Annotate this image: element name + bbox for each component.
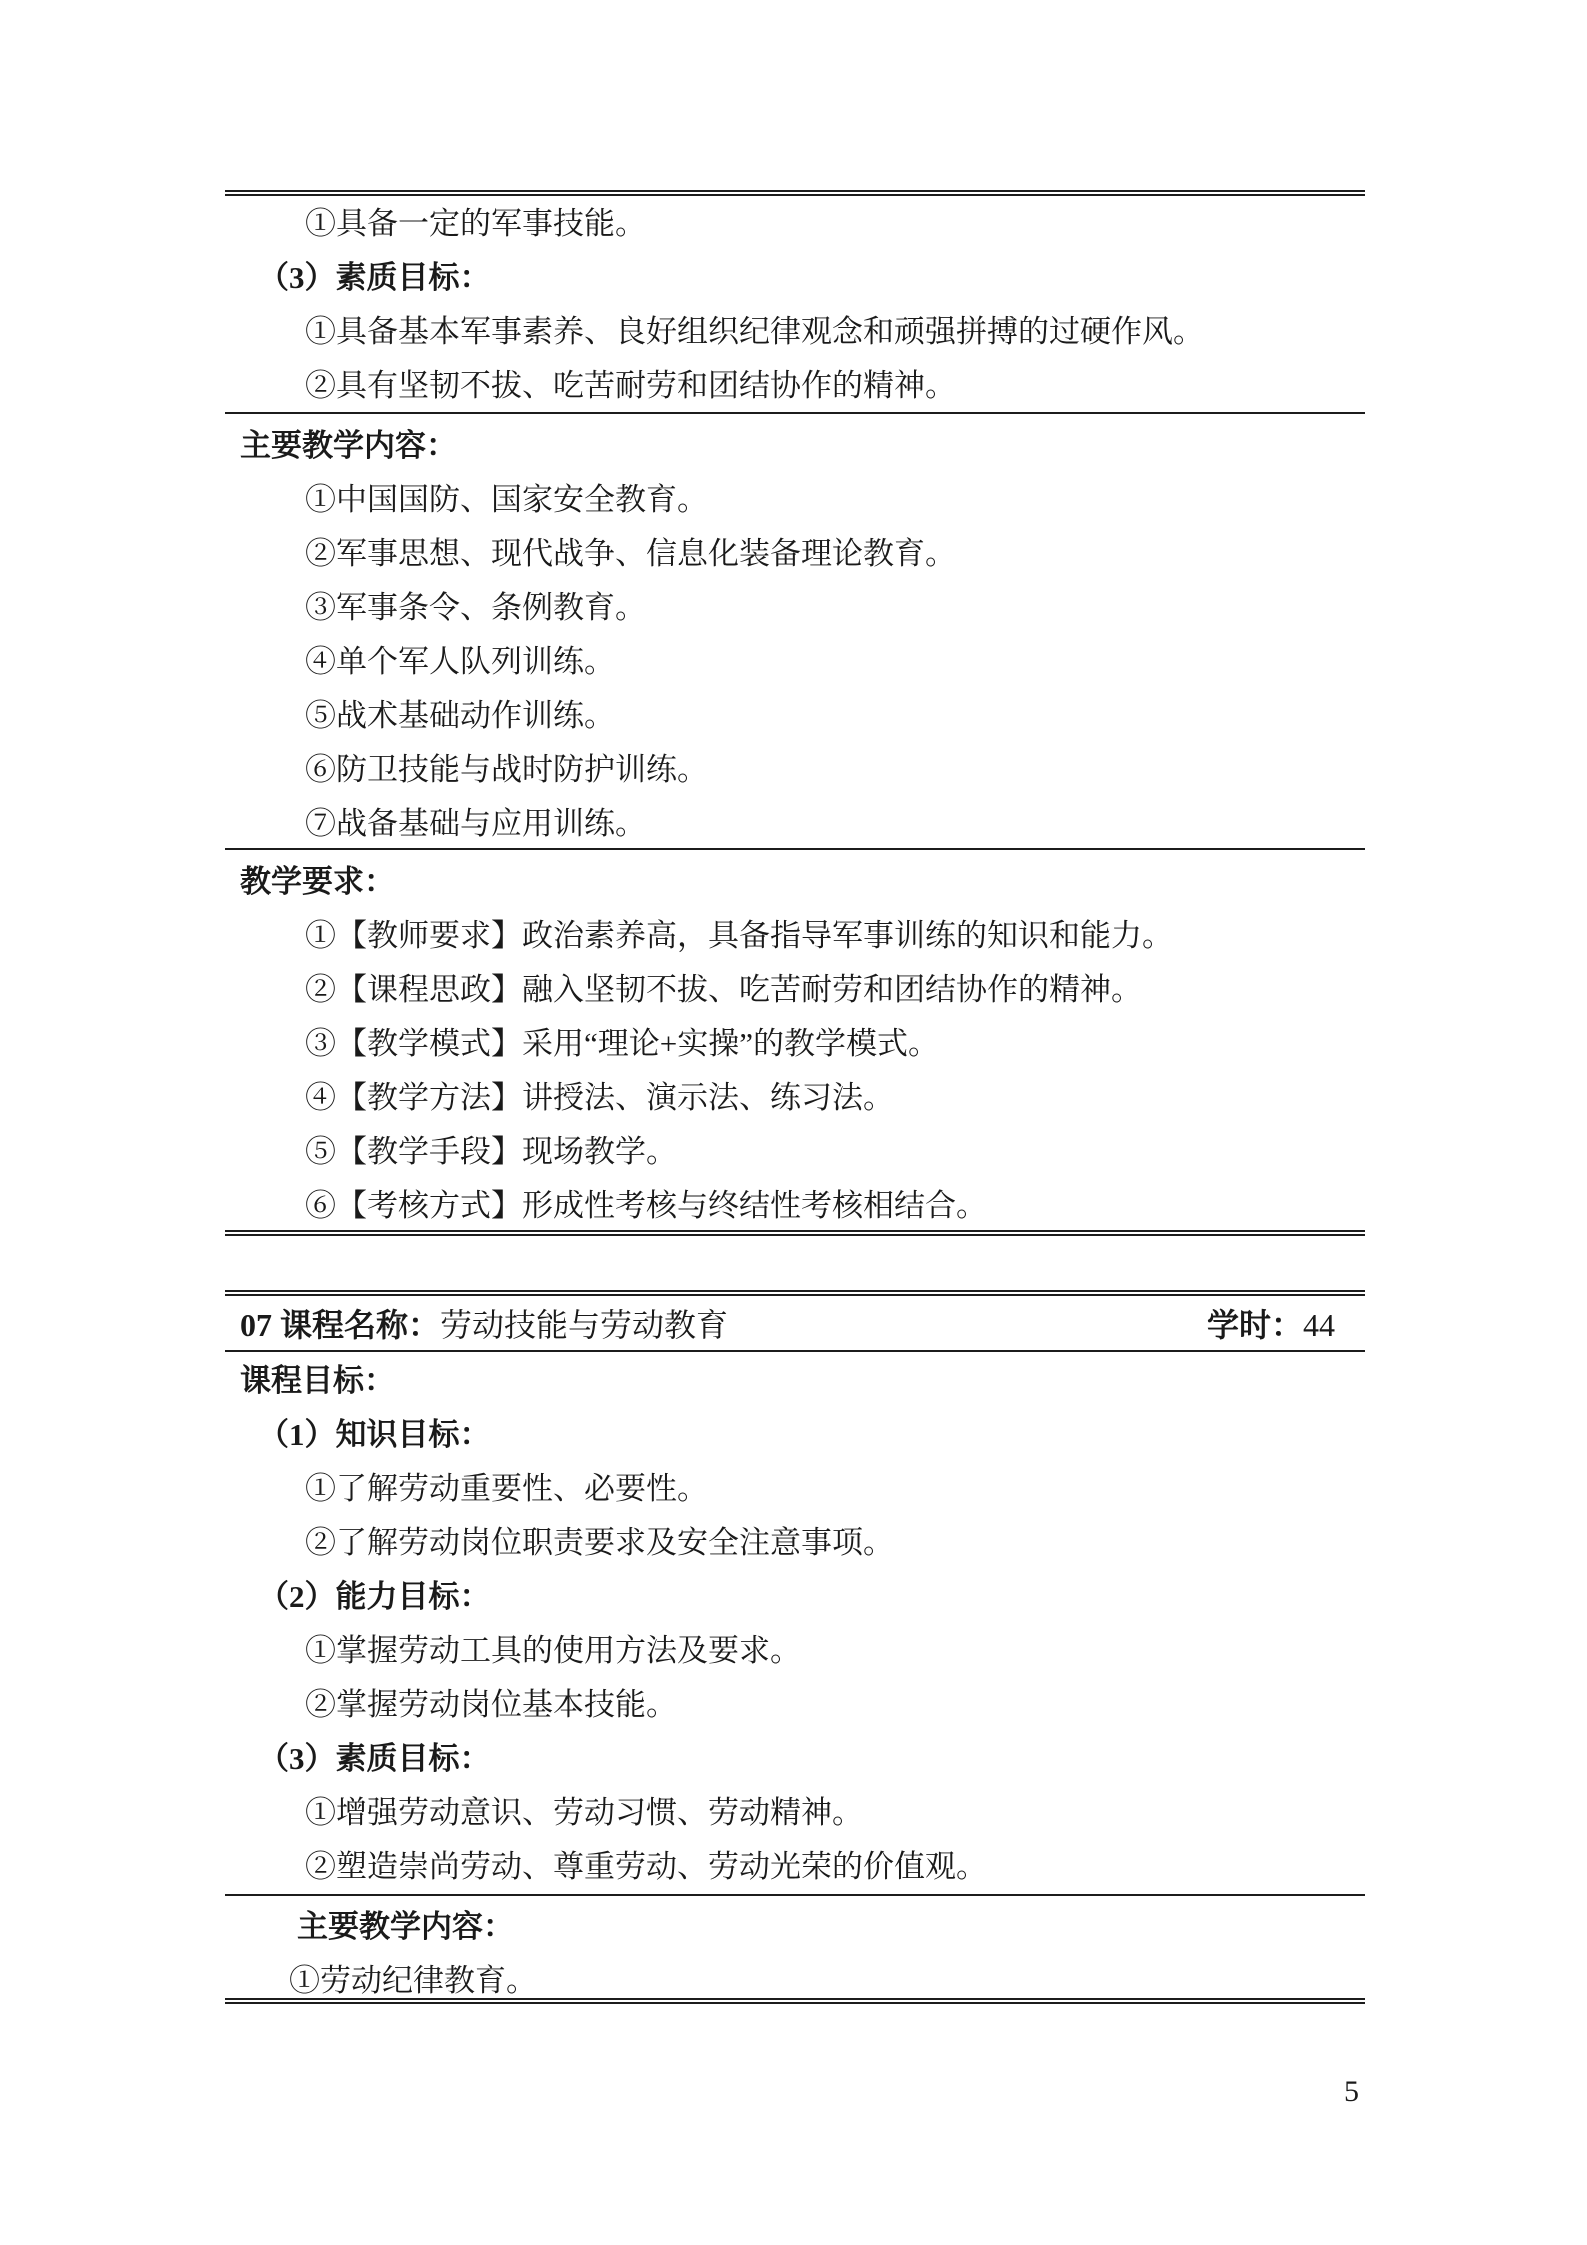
course-hours: 学时：44 [1207,1300,1335,1346]
knowledge-objective-item: ②了解劳动岗位职责要求及安全注意事项。 [225,1516,1365,1570]
skill-objective-item: ①具备一定的军事技能。 [225,197,1365,251]
teaching-content-item: ③军事条令、条例教育。 [225,581,1365,635]
teaching-content-item: ⑤战术基础动作训练。 [225,689,1365,743]
knowledge-objective-item: ①了解劳动重要性、必要性。 [225,1462,1365,1516]
course-06-objectives-tail-row: ①具备一定的军事技能。 （3）素质目标： ①具备基本军事素养、良好组织纪律观念和… [225,196,1365,414]
teaching-requirements-heading: 教学要求： [225,855,1365,909]
course-07-section: 07课程名称：劳动技能与劳动教育 学时：44 课程目标： （1）知识目标： ①了… [225,1290,1365,2004]
teaching-requirement-item: ③【教学模式】采用“理论+实操”的教学模式。 [225,1017,1365,1071]
knowledge-objectives-heading: （1）知识目标： [225,1408,1365,1462]
course-goals-heading: 课程目标： [225,1354,1365,1408]
course-hours-label: 学时： [1207,1307,1303,1343]
teaching-content-item: ⑦战备基础与应用训练。 [225,797,1365,851]
teaching-requirement-item: ⑤【教学手段】现场教学。 [225,1125,1365,1179]
teaching-content-item: ④单个军人队列训练。 [225,635,1365,689]
page-number: 5 [225,2072,1365,2112]
quality-objective-item: ①增强劳动意识、劳动习惯、劳动精神。 [225,1786,1365,1840]
teaching-requirement-item: ①【教师要求】政治素养高，具备指导军事训练的知识和能力。 [225,909,1365,963]
course-name-label: 课程名称： [280,1307,440,1343]
quality-objective-item: ①具备基本军事素养、良好组织纪律观念和顽强拼搏的过硬作风。 [225,305,1365,359]
course-06-requirements-row: 教学要求： ①【教师要求】政治素养高，具备指导军事训练的知识和能力。 ②【课程思… [225,850,1365,1236]
teaching-requirement-item: ②【课程思政】融入坚韧不拔、吃苦耐劳和团结协作的精神。 [225,963,1365,1017]
course-code: 07 [240,1307,272,1343]
course-name: 劳动技能与劳动教育 [440,1307,728,1343]
ability-objective-item: ②掌握劳动岗位基本技能。 [225,1678,1365,1732]
quality-objective-item: ②具有坚韧不拔、吃苦耐劳和团结协作的精神。 [225,359,1365,413]
course-06-content-row: 主要教学内容： ①中国国防、国家安全教育。 ②军事思想、现代战争、信息化装备理论… [225,414,1365,850]
teaching-content-heading: 主要教学内容： [225,419,1365,473]
quality-objectives-heading: （3）素质目标： [225,251,1365,305]
page-content: ①具备一定的军事技能。 （3）素质目标： ①具备基本军事素养、良好组织纪律观念和… [225,190,1365,2004]
ability-objectives-heading: （2）能力目标： [225,1570,1365,1624]
ability-objective-item: ①掌握劳动工具的使用方法及要求。 [225,1624,1365,1678]
course-06-section: ①具备一定的军事技能。 （3）素质目标： ①具备基本军事素养、良好组织纪律观念和… [225,190,1365,1236]
course-hours-value: 44 [1303,1307,1335,1343]
teaching-requirement-item: ⑥【考核方式】形成性考核与终结性考核相结合。 [225,1179,1365,1233]
document-page: ①具备一定的军事技能。 （3）素质目标： ①具备基本军事素养、良好组织纪律观念和… [0,0,1587,2245]
teaching-content-item: ⑥防卫技能与战时防护训练。 [225,743,1365,797]
quality-objectives-heading: （3）素质目标： [225,1732,1365,1786]
course-07-content-row: 主要教学内容： ①劳动纪律教育。 [225,1896,1365,2004]
teaching-content-heading: 主要教学内容： [225,1900,1365,1954]
quality-objective-item: ②塑造崇尚劳动、尊重劳动、劳动光荣的价值观。 [225,1840,1365,1894]
teaching-content-item: ①劳动纪律教育。 [225,1954,1365,2008]
teaching-requirement-item: ④【教学方法】讲授法、演示法、练习法。 [225,1071,1365,1125]
teaching-content-item: ②军事思想、现代战争、信息化装备理论教育。 [225,527,1365,581]
course-title: 07课程名称：劳动技能与劳动教育 [240,1300,728,1346]
teaching-content-item: ①中国国防、国家安全教育。 [225,473,1365,527]
course-07-title-row: 07课程名称：劳动技能与劳动教育 学时：44 [225,1296,1365,1352]
course-07-objectives-row: 课程目标： （1）知识目标： ①了解劳动重要性、必要性。 ②了解劳动岗位职责要求… [225,1352,1365,1896]
